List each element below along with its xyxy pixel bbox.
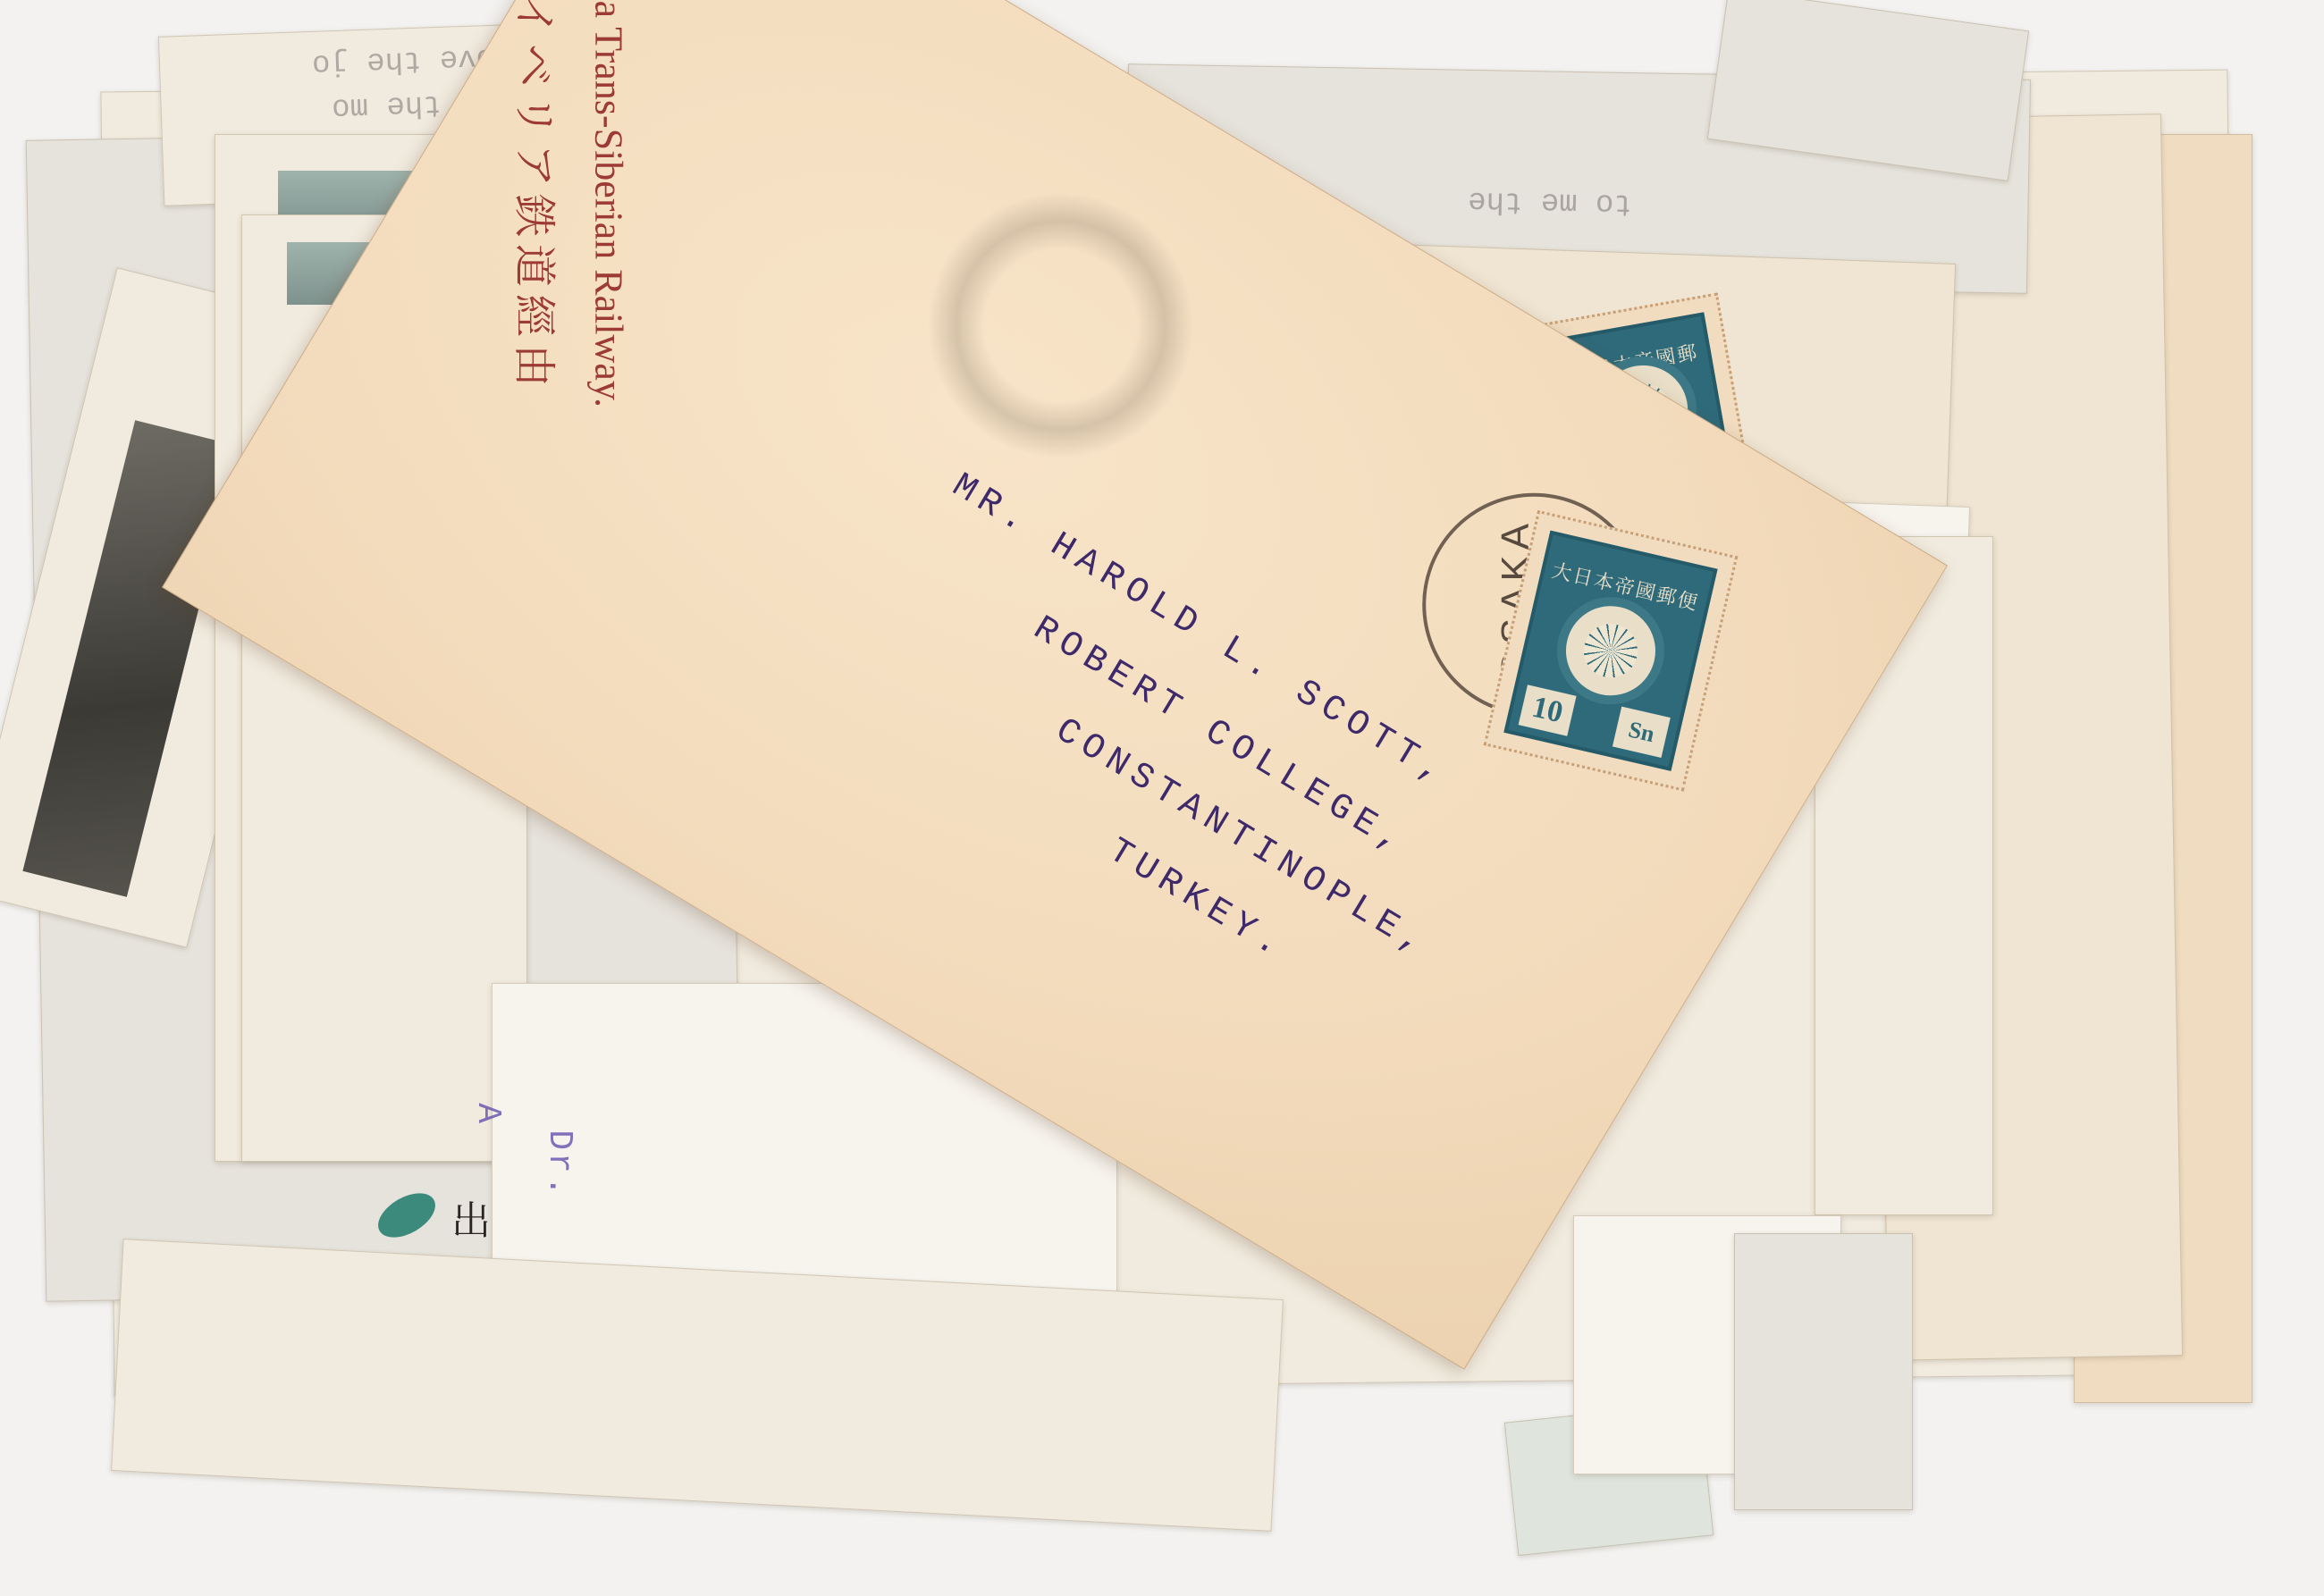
sheet-bottom-right-2 bbox=[1734, 1233, 1913, 1510]
stamp-denomination: Sn bbox=[1612, 707, 1671, 758]
route-marking-english: Via Trans-Siberian Railway. bbox=[586, 0, 632, 407]
handwritten-kanji: 出 bbox=[451, 1189, 491, 1246]
faint-postmark bbox=[877, 141, 1245, 509]
stamp-value: 10 bbox=[1519, 685, 1577, 735]
route-marking-japanese: サイベリア鉄道經由 bbox=[507, 0, 568, 394]
